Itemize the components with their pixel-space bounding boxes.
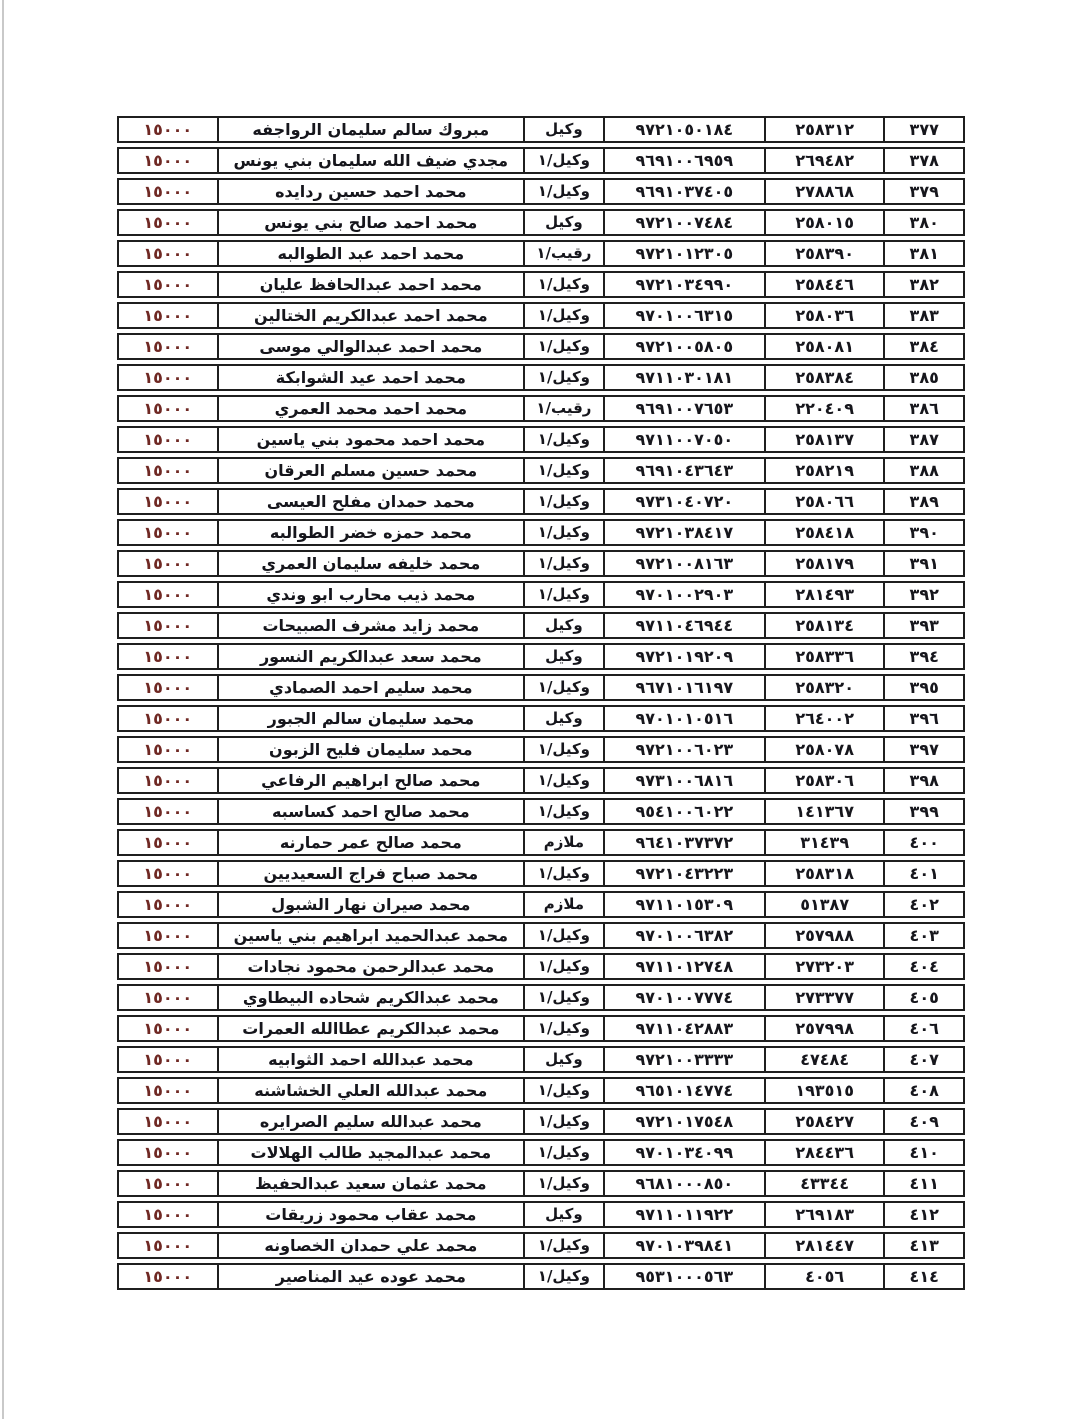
- table-row: ٣٩٠٢٥٨٤١٨٩٧٢١٠٣٨٤١٧وكيل/١محمد حمزه خضر ا…: [117, 519, 965, 546]
- badge-no-cell: ٢٦٩١٨٣: [766, 1203, 885, 1226]
- table-row: ٣٨١٢٥٨٣٩٠٩٧٢١٠١٢٣٠٥رقيب/١محمد احمد عبد ا…: [117, 240, 965, 267]
- name-cell: محمد احمد محمود بني ياسين: [219, 428, 526, 451]
- rank-cell: وكيل/١: [525, 335, 605, 358]
- id-no-cell: ٩٧٠١٠٠٦٣١٥: [605, 304, 766, 327]
- table-row: ٤٠٥٢٧٣٣٧٧٩٧٠١٠٠٧٧٧٤وكيل/١محمد عبدالكريم …: [117, 984, 965, 1011]
- name-cell: محمد خليفه سليمان العمري: [219, 552, 526, 575]
- name-cell: محمد سليم احمد الصمادي: [219, 676, 526, 699]
- table-row: ٤١٢٢٦٩١٨٣٩٧١١٠١١٩٢٢وكيلمحمد عقاب محمود ز…: [117, 1201, 965, 1228]
- badge-no-cell: ٢٧٣٣٧٧: [766, 986, 885, 1009]
- table-row: ٤٠٧٤٧٤٨٤٩٧٢١٠٠٣٣٣٣وكيلمحمد عبدالله احمد …: [117, 1046, 965, 1073]
- id-no-cell: ٩٧٠١٠٠٦٣٨٢: [605, 924, 766, 947]
- amount-cell: ١٥٠٠٠: [119, 273, 219, 296]
- name-cell: محمد صباح فراج السعيديين: [219, 862, 526, 885]
- serial-cell: ٤١٢: [885, 1203, 963, 1226]
- amount-cell: ١٥٠٠٠: [119, 738, 219, 761]
- badge-no-cell: ٢٥٨٣٣٦: [766, 645, 885, 668]
- id-no-cell: ٩٦٩١٠٠٦٩٥٩: [605, 149, 766, 172]
- rank-cell: وكيل/١: [525, 986, 605, 1009]
- serial-cell: ٣٩٠: [885, 521, 963, 544]
- amount-cell: ١٥٠٠٠: [119, 366, 219, 389]
- amount-cell: ١٥٠٠٠: [119, 1110, 219, 1133]
- name-cell: محمد احمد عبد الطوالبه: [219, 242, 526, 265]
- serial-cell: ٣٩٧: [885, 738, 963, 761]
- rank-cell: وكيل/١: [525, 1141, 605, 1164]
- badge-no-cell: ٢٥٨٤٢٧: [766, 1110, 885, 1133]
- id-no-cell: ٩٧١١٠٤٦٩٤٤: [605, 614, 766, 637]
- amount-cell: ١٥٠٠٠: [119, 397, 219, 420]
- rank-cell: وكيل/١: [525, 1265, 605, 1288]
- id-no-cell: ٩٧٢١٠١٢٣٠٥: [605, 242, 766, 265]
- serial-cell: ٣٧٧: [885, 118, 963, 141]
- page-left-edge-line: [2, 0, 4, 1419]
- id-no-cell: ٩٦٧١٠١٦١٩٧: [605, 676, 766, 699]
- badge-no-cell: ٢٢٠٤٠٩: [766, 397, 885, 420]
- amount-cell: ١٥٠٠٠: [119, 1017, 219, 1040]
- table-row: ٣٩٤٢٥٨٣٣٦٩٧٢١٠١٩٢٠٩وكيلمحمد سعد عبدالكري…: [117, 643, 965, 670]
- badge-no-cell: ٢٦٩٤٨٢: [766, 149, 885, 172]
- table-row: ٤٠١٢٥٨٣١٨٩٧٢١٠٤٣٢٢٣وكيل/١محمد صباح فراج …: [117, 860, 965, 887]
- id-no-cell: ٩٧٠١٠١٠٥١٦: [605, 707, 766, 730]
- id-no-cell: ٩٥٣١٠٠٠٥٦٣: [605, 1265, 766, 1288]
- serial-cell: ٤٠٥: [885, 986, 963, 1009]
- table-row: ٣٧٧٢٥٨٣١٢٩٧٢١٠٥٠١٨٤وكيلمبروك سالم سليمان…: [117, 116, 965, 143]
- id-no-cell: ٩٧٢١٠١٧٥٤٨: [605, 1110, 766, 1133]
- badge-no-cell: ٢٥٨٣٠٦: [766, 769, 885, 792]
- serial-cell: ٤١٣: [885, 1234, 963, 1257]
- badge-no-cell: ٢٧٨٨٦٨: [766, 180, 885, 203]
- badge-no-cell: ٥١٣٨٧: [766, 893, 885, 916]
- table-row: ٣٨٥٢٥٨٣٨٤٩٧١١٠٣٠١٨١وكيل/١محمد احمد عيد ا…: [117, 364, 965, 391]
- name-cell: محمد سعد عبدالكريم النسور: [219, 645, 526, 668]
- rank-cell: وكيل/١: [525, 769, 605, 792]
- rank-cell: وكيل: [525, 614, 605, 637]
- serial-cell: ٤٠٨: [885, 1079, 963, 1102]
- serial-cell: ٣٩٩: [885, 800, 963, 823]
- badge-no-cell: ٣١٤٣٩: [766, 831, 885, 854]
- serial-cell: ٣٨٨: [885, 459, 963, 482]
- id-no-cell: ٩٦٥١٠١٤٧٧٤: [605, 1079, 766, 1102]
- id-no-cell: ٩٧٢١٠٣٨٤١٧: [605, 521, 766, 544]
- table-row: ٣٩٩١٤١٣٦٧٩٥٤١٠٠٦٠٢٢وكيل/١محمد صالح احمد …: [117, 798, 965, 825]
- serial-cell: ٣٨٢: [885, 273, 963, 296]
- name-cell: محمد علي حمدان الخصاونه: [219, 1234, 526, 1257]
- rank-cell: وكيل/١: [525, 490, 605, 513]
- name-cell: محمد حمزه خضر الطوالبه: [219, 521, 526, 544]
- amount-cell: ١٥٠٠٠: [119, 490, 219, 513]
- id-no-cell: ٩٧٠١٠٠٧٧٧٤: [605, 986, 766, 1009]
- amount-cell: ١٥٠٠٠: [119, 769, 219, 792]
- rank-cell: وكيل/١: [525, 955, 605, 978]
- amount-cell: ١٥٠٠٠: [119, 645, 219, 668]
- amount-cell: ١٥٠٠٠: [119, 707, 219, 730]
- badge-no-cell: ٢٥٨١٣٧: [766, 428, 885, 451]
- rank-cell: وكيل/١: [525, 583, 605, 606]
- badge-no-cell: ٢٥٨٤٤٦: [766, 273, 885, 296]
- badge-no-cell: ٢٥٨٢١٩: [766, 459, 885, 482]
- serial-cell: ٣٧٩: [885, 180, 963, 203]
- rank-cell: وكيل/١: [525, 273, 605, 296]
- name-cell: محمد زايد مشرف الصبيحات: [219, 614, 526, 637]
- name-cell: محمد احمد عبدالكريم الختالين: [219, 304, 526, 327]
- badge-no-cell: ٢٥٨٠٦٦: [766, 490, 885, 513]
- badge-no-cell: ١٤١٣٦٧: [766, 800, 885, 823]
- rank-cell: وكيل/١: [525, 1017, 605, 1040]
- table-row: ٤٠٤٢٧٣٢٠٣٩٧١١٠١٢٧٤٨وكيل/١محمد عبدالرحمن …: [117, 953, 965, 980]
- table-row: ٣٨٨٢٥٨٢١٩٩٦٩١٠٤٣٦٤٣وكيل/١محمد حسين مسلم …: [117, 457, 965, 484]
- badge-no-cell: ٢٥٧٩٩٨: [766, 1017, 885, 1040]
- badge-no-cell: ٤٣٣٤٤: [766, 1172, 885, 1195]
- name-cell: محمد عبدالله سليم الصرايره: [219, 1110, 526, 1133]
- badge-no-cell: ٢٥٨٠٣٦: [766, 304, 885, 327]
- amount-cell: ١٥٠٠٠: [119, 1172, 219, 1195]
- id-no-cell: ٩٧١١٠٠٧٠٥٠: [605, 428, 766, 451]
- serial-cell: ٣٨٦: [885, 397, 963, 420]
- id-no-cell: ٩٧٢١٠٣٤٩٩٠: [605, 273, 766, 296]
- id-no-cell: ٩٧٢١٠٤٣٢٢٣: [605, 862, 766, 885]
- amount-cell: ١٥٠٠٠: [119, 614, 219, 637]
- table-row: ٤٠٢٥١٣٨٧٩٧١١٠١٥٣٠٩ملازممحمد صيران نهار ا…: [117, 891, 965, 918]
- name-cell: محمد عبدالحميد ابراهيم بني ياسين: [219, 924, 526, 947]
- name-cell: محمد عبدالمجيد طالب الهلالات: [219, 1141, 526, 1164]
- amount-cell: ١٥٠٠٠: [119, 149, 219, 172]
- rank-cell: وكيل/١: [525, 552, 605, 575]
- badge-no-cell: ٤٠٥٦: [766, 1265, 885, 1288]
- amount-cell: ١٥٠٠٠: [119, 800, 219, 823]
- rank-cell: وكيل/١: [525, 800, 605, 823]
- amount-cell: ١٥٠٠٠: [119, 459, 219, 482]
- serial-cell: ٤١٠: [885, 1141, 963, 1164]
- serial-cell: ٣٨٧: [885, 428, 963, 451]
- serial-cell: ٣٩٢: [885, 583, 963, 606]
- table-row: ٣٩٣٢٥٨١٣٤٩٧١١٠٤٦٩٤٤وكيلمحمد زايد مشرف ال…: [117, 612, 965, 639]
- rank-cell: وكيل/١: [525, 862, 605, 885]
- table-row: ٣٩٧٢٥٨٠٧٨٩٧٢١٠٠٦٠٢٣وكيل/١محمد سليمان فلي…: [117, 736, 965, 763]
- badge-no-cell: ٢٥٨٤١٨: [766, 521, 885, 544]
- badge-no-cell: ٢٥٨١٣٤: [766, 614, 885, 637]
- id-no-cell: ٩٧٠١٠٠٢٩٠٣: [605, 583, 766, 606]
- id-no-cell: ٩٧٢١٠٠٧٤٨٤: [605, 211, 766, 234]
- table-row: ٤١٠٢٨٤٤٣٦٩٧٠١٠٣٤٠٩٩وكيل/١محمد عبدالمجيد …: [117, 1139, 965, 1166]
- id-no-cell: ٩٧٢١٠٠٣٣٣٣: [605, 1048, 766, 1071]
- rank-cell: ملازم: [525, 831, 605, 854]
- name-cell: محمد احمد عبدالحافظ عليان: [219, 273, 526, 296]
- name-cell: محمد صالح احمد كساسبه: [219, 800, 526, 823]
- table-row: ٤٠٦٢٥٧٩٩٨٩٧١١٠٤٢٨٨٣وكيل/١محمد عبدالكريم …: [117, 1015, 965, 1042]
- table-row: ٣٨٦٢٢٠٤٠٩٩٦٩١٠٠٧٦٥٣رقيب/١محمد احمد محمد …: [117, 395, 965, 422]
- table-row: ٤١١٤٣٣٤٤٩٦٨١٠٠٠٨٥٠وكيل/١محمد عثمان سعيد …: [117, 1170, 965, 1197]
- id-no-cell: ٩٧١١٠١٢٧٤٨: [605, 955, 766, 978]
- serial-cell: ٣٨٣: [885, 304, 963, 327]
- serial-cell: ٣٨٤: [885, 335, 963, 358]
- badge-no-cell: ٢٥٨٣١٢: [766, 118, 885, 141]
- amount-cell: ١٥٠٠٠: [119, 211, 219, 234]
- table-row: ٣٧٨٢٦٩٤٨٢٩٦٩١٠٠٦٩٥٩وكيل/١مجدي ضيف الله س…: [117, 147, 965, 174]
- rank-cell: وكيل/١: [525, 1172, 605, 1195]
- id-no-cell: ٩٧٣١٠٠٦٨١٦: [605, 769, 766, 792]
- table-row: ٤٠٠٣١٤٣٩٩٦٤١٠٣٧٣٧٢ملازممحمد صالح عمر حما…: [117, 829, 965, 856]
- badge-no-cell: ٢٨١٤٩٣: [766, 583, 885, 606]
- table-row: ٤١٤٤٠٥٦٩٥٣١٠٠٠٥٦٣وكيل/١محمد عوده عيد الم…: [117, 1263, 965, 1290]
- badge-no-cell: ٢٨١٤٤٧: [766, 1234, 885, 1257]
- table-row: ٤٠٣٢٥٧٩٨٨٩٧٠١٠٠٦٣٨٢وكيل/١محمد عبدالحميد …: [117, 922, 965, 949]
- serial-cell: ٣٩٨: [885, 769, 963, 792]
- name-cell: محمد عبدالله احمد الثوابيه: [219, 1048, 526, 1071]
- serial-cell: ٤٠٤: [885, 955, 963, 978]
- serial-cell: ٤٠٢: [885, 893, 963, 916]
- rank-cell: وكيل/١: [525, 428, 605, 451]
- amount-cell: ١٥٠٠٠: [119, 118, 219, 141]
- badge-no-cell: ٢٨٤٤٣٦: [766, 1141, 885, 1164]
- id-no-cell: ٩٦٩١٠٣٧٤٠٥: [605, 180, 766, 203]
- serial-cell: ٤٠٩: [885, 1110, 963, 1133]
- amount-cell: ١٥٠٠٠: [119, 180, 219, 203]
- amount-cell: ١٥٠٠٠: [119, 583, 219, 606]
- amount-cell: ١٥٠٠٠: [119, 1048, 219, 1071]
- table-row: ٣٨٩٢٥٨٠٦٦٩٧٣١٠٤٠٧٢٠وكيل/١محمد حمدان مفلح…: [117, 488, 965, 515]
- table-row: ٣٩٢٢٨١٤٩٣٩٧٠١٠٠٢٩٠٣وكيل/١محمد ذيب محارب …: [117, 581, 965, 608]
- name-cell: محمد عقاب محمود زريقات: [219, 1203, 526, 1226]
- id-no-cell: ٩٧٣١٠٤٠٧٢٠: [605, 490, 766, 513]
- name-cell: محمد عوده عيد المناصير: [219, 1265, 526, 1288]
- rank-cell: رقيب/١: [525, 397, 605, 420]
- serial-cell: ٤٠١: [885, 862, 963, 885]
- rank-cell: وكيل/١: [525, 180, 605, 203]
- rank-cell: وكيل/١: [525, 149, 605, 172]
- rank-cell: وكيل/١: [525, 924, 605, 947]
- badge-no-cell: ٢٥٨٣٩٠: [766, 242, 885, 265]
- badge-no-cell: ٢٥٨٠٧٨: [766, 738, 885, 761]
- id-no-cell: ٩٧٢١٠٠٨١٦٣: [605, 552, 766, 575]
- name-cell: محمد عبدالرحمن محمود نجادات: [219, 955, 526, 978]
- serial-cell: ٣٧٨: [885, 149, 963, 172]
- serial-cell: ٣٩١: [885, 552, 963, 575]
- badge-no-cell: ٢٥٧٩٨٨: [766, 924, 885, 947]
- serial-cell: ٤٠٦: [885, 1017, 963, 1040]
- badge-no-cell: ٢٦٤٠٠٢: [766, 707, 885, 730]
- table-row: ٣٩١٢٥٨١٧٩٩٧٢١٠٠٨١٦٣وكيل/١محمد خليفه سليم…: [117, 550, 965, 577]
- rank-cell: وكيل/١: [525, 304, 605, 327]
- badge-no-cell: ٢٥٨٠٨١: [766, 335, 885, 358]
- badge-no-cell: ٢٥٨٣١٨: [766, 862, 885, 885]
- name-cell: مبروك سالم سليمان الرواجفه: [219, 118, 526, 141]
- id-no-cell: ٩٦٩١٠٤٣٦٤٣: [605, 459, 766, 482]
- name-cell: محمد عثمان سعيد عبدالحفيظ: [219, 1172, 526, 1195]
- serial-cell: ٣٩٦: [885, 707, 963, 730]
- amount-cell: ١٥٠٠٠: [119, 862, 219, 885]
- id-no-cell: ٩٧١١٠٣٠١٨١: [605, 366, 766, 389]
- name-cell: مجدي ضيف الله سليمان بني يونس: [219, 149, 526, 172]
- rank-cell: وكيل/١: [525, 1079, 605, 1102]
- amount-cell: ١٥٠٠٠: [119, 242, 219, 265]
- rank-cell: وكيل/١: [525, 1234, 605, 1257]
- amount-cell: ١٥٠٠٠: [119, 521, 219, 544]
- name-cell: محمد احمد عبدالوالي موسى: [219, 335, 526, 358]
- table-row: ٣٩٨٢٥٨٣٠٦٩٧٣١٠٠٦٨١٦وكيل/١محمد صالح ابراه…: [117, 767, 965, 794]
- serial-cell: ٣٨٥: [885, 366, 963, 389]
- serial-cell: ٣٨٩: [885, 490, 963, 513]
- serial-cell: ٤٠٧: [885, 1048, 963, 1071]
- id-no-cell: ٩٧١١٠١١٩٢٢: [605, 1203, 766, 1226]
- name-cell: محمد احمد عيد الشوابكة: [219, 366, 526, 389]
- table-row: ٣٧٩٢٧٨٨٦٨٩٦٩١٠٣٧٤٠٥وكيل/١محمد احمد حسين …: [117, 178, 965, 205]
- badge-no-cell: ٢٧٣٢٠٣: [766, 955, 885, 978]
- rank-cell: وكيل: [525, 645, 605, 668]
- amount-cell: ١٥٠٠٠: [119, 676, 219, 699]
- id-no-cell: ٩٥٤١٠٠٦٠٢٢: [605, 800, 766, 823]
- amount-cell: ١٥٠٠٠: [119, 986, 219, 1009]
- serial-cell: ٣٨٠: [885, 211, 963, 234]
- amount-cell: ١٥٠٠٠: [119, 1141, 219, 1164]
- id-no-cell: ٩٧٠١٠٣٤٠٩٩: [605, 1141, 766, 1164]
- table-row: ٣٨٢٢٥٨٤٤٦٩٧٢١٠٣٤٩٩٠وكيل/١محمد احمد عبدال…: [117, 271, 965, 298]
- table-row: ٣٩٦٢٦٤٠٠٢٩٧٠١٠١٠٥١٦وكيلمحمد سليمان سالم …: [117, 705, 965, 732]
- name-cell: محمد صالح ابراهيم الرفاعي: [219, 769, 526, 792]
- rank-cell: ملازم: [525, 893, 605, 916]
- name-cell: محمد عبدالله العلي الخشاشنه: [219, 1079, 526, 1102]
- name-cell: محمد صيران نهار الشبول: [219, 893, 526, 916]
- rank-cell: وكيل/١: [525, 738, 605, 761]
- id-no-cell: ٩٧٢١٠١٩٢٠٩: [605, 645, 766, 668]
- name-cell: محمد حمدان مفلح العيسى: [219, 490, 526, 513]
- id-no-cell: ٩٧١١٠١٥٣٠٩: [605, 893, 766, 916]
- id-no-cell: ٩٦٩١٠٠٧٦٥٣: [605, 397, 766, 420]
- table-row: ٤١٣٢٨١٤٤٧٩٧٠١٠٣٩٨٤١وكيل/١محمد علي حمدان …: [117, 1232, 965, 1259]
- serial-cell: ٤٠٠: [885, 831, 963, 854]
- name-cell: محمد حسين مسلم العرقان: [219, 459, 526, 482]
- name-cell: محمد احمد حسين ردايده: [219, 180, 526, 203]
- amount-cell: ١٥٠٠٠: [119, 893, 219, 916]
- badge-no-cell: ٢٥٨١٧٩: [766, 552, 885, 575]
- badge-no-cell: ٤٧٤٨٤: [766, 1048, 885, 1071]
- personnel-roster-table: ٣٧٧٢٥٨٣١٢٩٧٢١٠٥٠١٨٤وكيلمبروك سالم سليمان…: [117, 116, 965, 1294]
- id-no-cell: ٩٧٢١٠٠٥٨٠٥: [605, 335, 766, 358]
- name-cell: محمد ذيب محارب ابو وندي: [219, 583, 526, 606]
- rank-cell: وكيل: [525, 1048, 605, 1071]
- table-row: ٣٨٠٢٥٨٠١٥٩٧٢١٠٠٧٤٨٤وكيلمحمد احمد صالح بن…: [117, 209, 965, 236]
- badge-no-cell: ٢٥٨٣٨٤: [766, 366, 885, 389]
- table-row: ٣٨٧٢٥٨١٣٧٩٧١١٠٠٧٠٥٠وكيل/١محمد احمد محمود…: [117, 426, 965, 453]
- id-no-cell: ٩٧٢١٠٠٦٠٢٣: [605, 738, 766, 761]
- name-cell: محمد سليمان فليح الزبون: [219, 738, 526, 761]
- id-no-cell: ٩٧١١٠٤٢٨٨٣: [605, 1017, 766, 1040]
- rank-cell: رقيب/١: [525, 242, 605, 265]
- name-cell: محمد عبدالكريم عطاالله العمرات: [219, 1017, 526, 1040]
- rank-cell: وكيل/١: [525, 366, 605, 389]
- table-row: ٣٨٣٢٥٨٠٣٦٩٧٠١٠٠٦٣١٥وكيل/١محمد احمد عبدال…: [117, 302, 965, 329]
- name-cell: محمد احمد صالح بني يونس: [219, 211, 526, 234]
- amount-cell: ١٥٠٠٠: [119, 1079, 219, 1102]
- rank-cell: وكيل/١: [525, 1110, 605, 1133]
- table-row: ٣٨٤٢٥٨٠٨١٩٧٢١٠٠٥٨٠٥وكيل/١محمد احمد عبدال…: [117, 333, 965, 360]
- amount-cell: ١٥٠٠٠: [119, 1234, 219, 1257]
- amount-cell: ١٥٠٠٠: [119, 955, 219, 978]
- amount-cell: ١٥٠٠٠: [119, 831, 219, 854]
- serial-cell: ٣٩٤: [885, 645, 963, 668]
- table-row: ٣٩٥٢٥٨٣٢٠٩٦٧١٠١٦١٩٧وكيل/١محمد سليم احمد …: [117, 674, 965, 701]
- badge-no-cell: ٢٥٨٠١٥: [766, 211, 885, 234]
- serial-cell: ٤٠٣: [885, 924, 963, 947]
- amount-cell: ١٥٠٠٠: [119, 335, 219, 358]
- id-no-cell: ٩٦٨١٠٠٠٨٥٠: [605, 1172, 766, 1195]
- table-row: ٤٠٨١٩٣٥١٥٩٦٥١٠١٤٧٧٤وكيل/١محمد عبدالله ال…: [117, 1077, 965, 1104]
- amount-cell: ١٥٠٠٠: [119, 304, 219, 327]
- name-cell: محمد صالح عمر حمارنه: [219, 831, 526, 854]
- name-cell: محمد احمد محمد العمري: [219, 397, 526, 420]
- rank-cell: وكيل/١: [525, 459, 605, 482]
- serial-cell: ٤١٤: [885, 1265, 963, 1288]
- amount-cell: ١٥٠٠٠: [119, 428, 219, 451]
- badge-no-cell: ١٩٣٥١٥: [766, 1079, 885, 1102]
- id-no-cell: ٩٦٤١٠٣٧٣٧٢: [605, 831, 766, 854]
- serial-cell: ٣٩٥: [885, 676, 963, 699]
- rank-cell: وكيل: [525, 1203, 605, 1226]
- serial-cell: ٣٨١: [885, 242, 963, 265]
- amount-cell: ١٥٠٠٠: [119, 924, 219, 947]
- id-no-cell: ٩٧٢١٠٥٠١٨٤: [605, 118, 766, 141]
- badge-no-cell: ٢٥٨٣٢٠: [766, 676, 885, 699]
- rank-cell: وكيل: [525, 707, 605, 730]
- rank-cell: وكيل: [525, 118, 605, 141]
- rank-cell: وكيل/١: [525, 676, 605, 699]
- name-cell: محمد عبدالكريم شحاده البيطاوي: [219, 986, 526, 1009]
- rank-cell: وكيل/١: [525, 521, 605, 544]
- name-cell: محمد سليمان سالم الجبور: [219, 707, 526, 730]
- amount-cell: ١٥٠٠٠: [119, 1265, 219, 1288]
- id-no-cell: ٩٧٠١٠٣٩٨٤١: [605, 1234, 766, 1257]
- amount-cell: ١٥٠٠٠: [119, 552, 219, 575]
- serial-cell: ٣٩٣: [885, 614, 963, 637]
- amount-cell: ١٥٠٠٠: [119, 1203, 219, 1226]
- rank-cell: وكيل: [525, 211, 605, 234]
- serial-cell: ٤١١: [885, 1172, 963, 1195]
- table-row: ٤٠٩٢٥٨٤٢٧٩٧٢١٠١٧٥٤٨وكيل/١محمد عبدالله سل…: [117, 1108, 965, 1135]
